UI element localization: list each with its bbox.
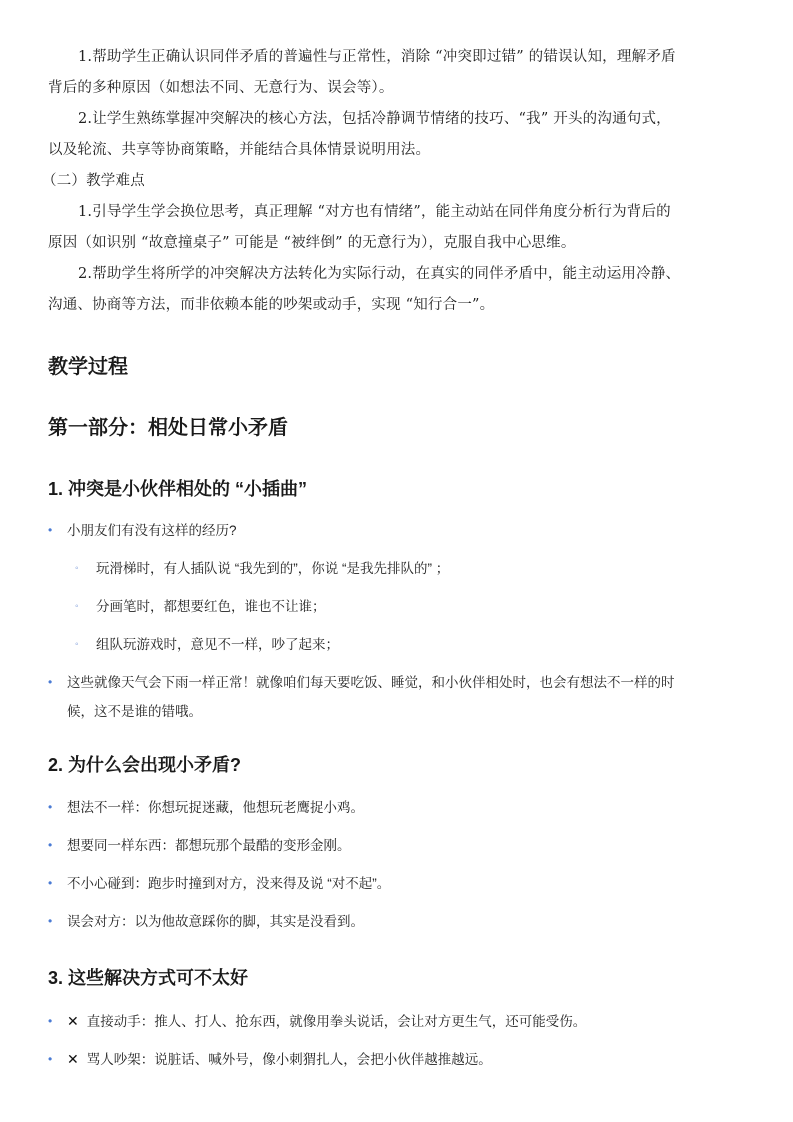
conclusion-line1: 这些就像天气会下雨一样正常！就像咱们每天要吃饭、睡觉，和小伙伴相处时，也会有想法… [67, 668, 738, 697]
list-item: • ✕骂人吵架：说脏话、喊外号，像小刺猬扎人，会把小伙伴越推越远。 [48, 1045, 738, 1074]
document-page: 1.帮助学生正确认识同伴矛盾的普遍性与正常性，消除 “冲突即过错” 的错误认知，… [0, 0, 793, 1122]
bullet-icon: • [48, 516, 54, 545]
bad-way-text: 骂人吵架：说脏话、喊外号，像小刺猬扎人，会把小伙伴越推越远。 [87, 1052, 492, 1067]
reason-text: 想法不一样：你想玩捉迷藏，他想玩老鹰捉小鸡。 [67, 793, 738, 822]
list-item: ◦ 组队玩游戏时，意见不一样，吵了起来； [48, 630, 738, 659]
process-title: 教学过程 [48, 350, 128, 379]
difficulty-2-line2: 沟通、协商等方法，而非依赖本能的吵架或动手，实现 “知行合一”。 [48, 290, 748, 321]
sub-bullet-icon: ◦ [75, 554, 81, 583]
bullet-icon: • [48, 1045, 54, 1074]
key-point-2-line1: 2.让学生熟练掌握冲突解决的核心方法，包括冷静调节情绪的技巧、“我” 开头的沟通… [48, 104, 748, 135]
list-item: ◦ 玩滑梯时，有人插队说 “我先到的”，你说 “是我先排队的” ； [48, 554, 738, 583]
list-item: • 想要同一样东西：都想玩那个最酷的变形金刚。 [48, 831, 738, 860]
list-item: • 误会对方：以为他故意踩你的脚，其实是没看到。 [48, 907, 738, 936]
section3-title: 3. 这些解决方式可不太好 [48, 964, 248, 990]
list-item: • 小朋友们有没有这样的经历? [48, 516, 738, 545]
list-item: ◦ 分画笔时，都想要红色，谁也不让谁； [48, 592, 738, 621]
example-text: 玩滑梯时，有人插队说 “我先到的”，你说 “是我先排队的” ； [96, 554, 738, 583]
sub-bullet-icon: ◦ [75, 630, 81, 659]
difficulty-1-line1: 1.引导学生学会换位思考，真正理解 “对方也有情绪”，能主动站在同伴角度分析行为… [48, 197, 748, 228]
bullet-icon: • [48, 668, 54, 697]
cross-icon: ✕ [67, 1051, 79, 1067]
list-item: • 想法不一样：你想玩捉迷藏，他想玩老鹰捉小鸡。 [48, 793, 738, 822]
difficulty-2-line1: 2.帮助学生将所学的冲突解决方法转化为实际行动，在真实的同伴矛盾中，能主动运用冷… [48, 259, 748, 290]
example-text: 组队玩游戏时，意见不一样，吵了起来； [96, 630, 738, 659]
sub-bullet-icon: ◦ [75, 592, 81, 621]
bullet-icon: • [48, 907, 54, 936]
reason-text: 想要同一样东西：都想玩那个最酷的变形金刚。 [67, 831, 738, 860]
conclusion-line2: 候，这不是谁的错哦。 [67, 697, 738, 726]
difficulties-heading: （二）教学难点 [42, 166, 748, 197]
bullet-icon: • [48, 793, 54, 822]
key-point-1-line1: 1.帮助学生正确认识同伴矛盾的普遍性与正常性，消除 “冲突即过错” 的错误认知，… [48, 42, 748, 73]
difficulty-1-line2: 原因（如识别 “故意撞桌子” 可能是 “被绊倒” 的无意行为），克服自我中心思维… [48, 228, 748, 259]
cross-icon: ✕ [67, 1013, 79, 1029]
reason-text: 误会对方：以为他故意踩你的脚，其实是没看到。 [67, 907, 738, 936]
reason-text: 不小心碰到：跑步时撞到对方，没来得及说 “对不起”。 [67, 869, 738, 898]
part1-title: 第一部分：相处日常小矛盾 [48, 411, 288, 440]
list-item: • 这些就像天气会下雨一样正常！就像咱们每天要吃饭、睡觉，和小伙伴相处时，也会有… [48, 668, 738, 726]
objectives-block: 1.帮助学生正确认识同伴矛盾的普遍性与正常性，消除 “冲突即过错” 的错误认知，… [48, 42, 748, 321]
list-item: • 不小心碰到：跑步时撞到对方，没来得及说 “对不起”。 [48, 869, 738, 898]
example-text: 分画笔时，都想要红色，谁也不让谁； [96, 592, 738, 621]
section2-title: 2. 为什么会出现小矛盾? [48, 751, 241, 777]
bad-way-text: 直接动手：推人、打人、抢东西，就像用拳头说话，会让对方更生气，还可能受伤。 [87, 1014, 587, 1029]
key-point-2-line2: 以及轮流、共享等协商策略，并能结合具体情景说明用法。 [48, 135, 748, 166]
bullet-icon: • [48, 869, 54, 898]
bullet-icon: • [48, 1007, 54, 1036]
list-item: • ✕直接动手：推人、打人、抢东西，就像用拳头说话，会让对方更生气，还可能受伤。 [48, 1007, 738, 1036]
key-point-1-line2: 背后的多种原因（如想法不同、无意行为、误会等）。 [48, 73, 748, 104]
question-text: 小朋友们有没有这样的经历? [67, 516, 738, 545]
section1-title: 1. 冲突是小伙伴相处的 “小插曲” [48, 475, 307, 501]
bullet-icon: • [48, 831, 54, 860]
